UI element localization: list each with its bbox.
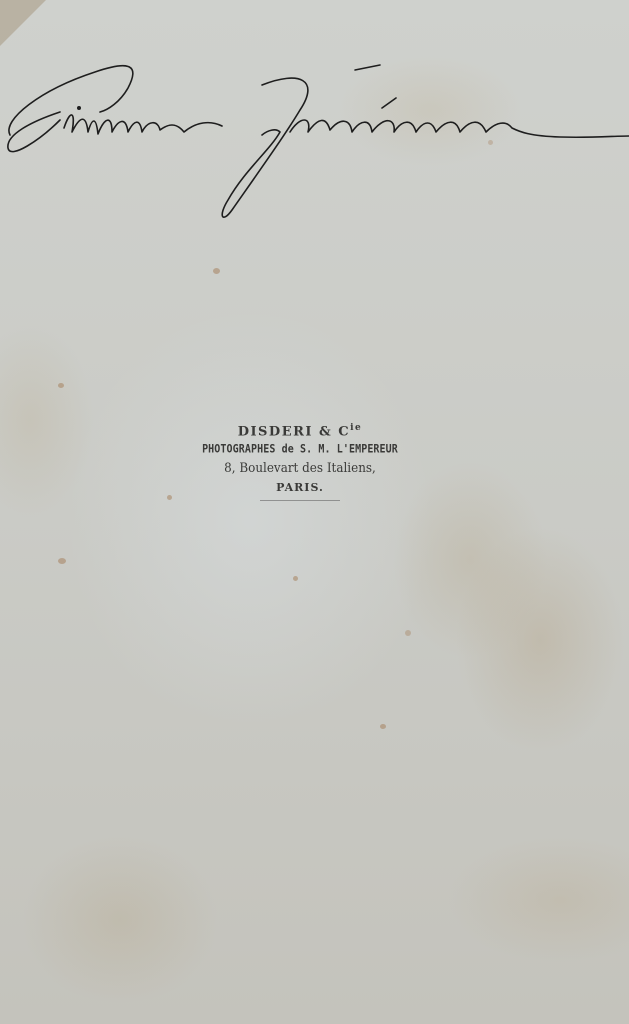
studio-address: 8, Boulevart des Italiens, — [190, 458, 411, 480]
carte-de-visite-back: Prince Jérome DISDERI & Cie PHOTOGRAPHES… — [0, 0, 629, 1024]
foxing-spot — [293, 576, 298, 581]
foxing-spot — [380, 724, 386, 729]
foxing-spot — [58, 383, 64, 388]
studio-city: PARIS. — [180, 480, 420, 496]
foxing-spot — [167, 495, 172, 500]
studio-title: PHOTOGRAPHES de S. M. L'EMPEREUR — [180, 441, 420, 459]
handwritten-inscription: Prince Jérome — [0, 40, 629, 220]
foxing-spot — [213, 268, 220, 274]
studio-name: DISDERI & Cie — [180, 418, 420, 442]
photographer-imprint: DISDERI & Cie PHOTOGRAPHES de S. M. L'EM… — [180, 418, 420, 501]
decorative-rule — [260, 500, 340, 501]
foxing-spot — [405, 630, 411, 636]
foxing-spot — [58, 558, 66, 564]
